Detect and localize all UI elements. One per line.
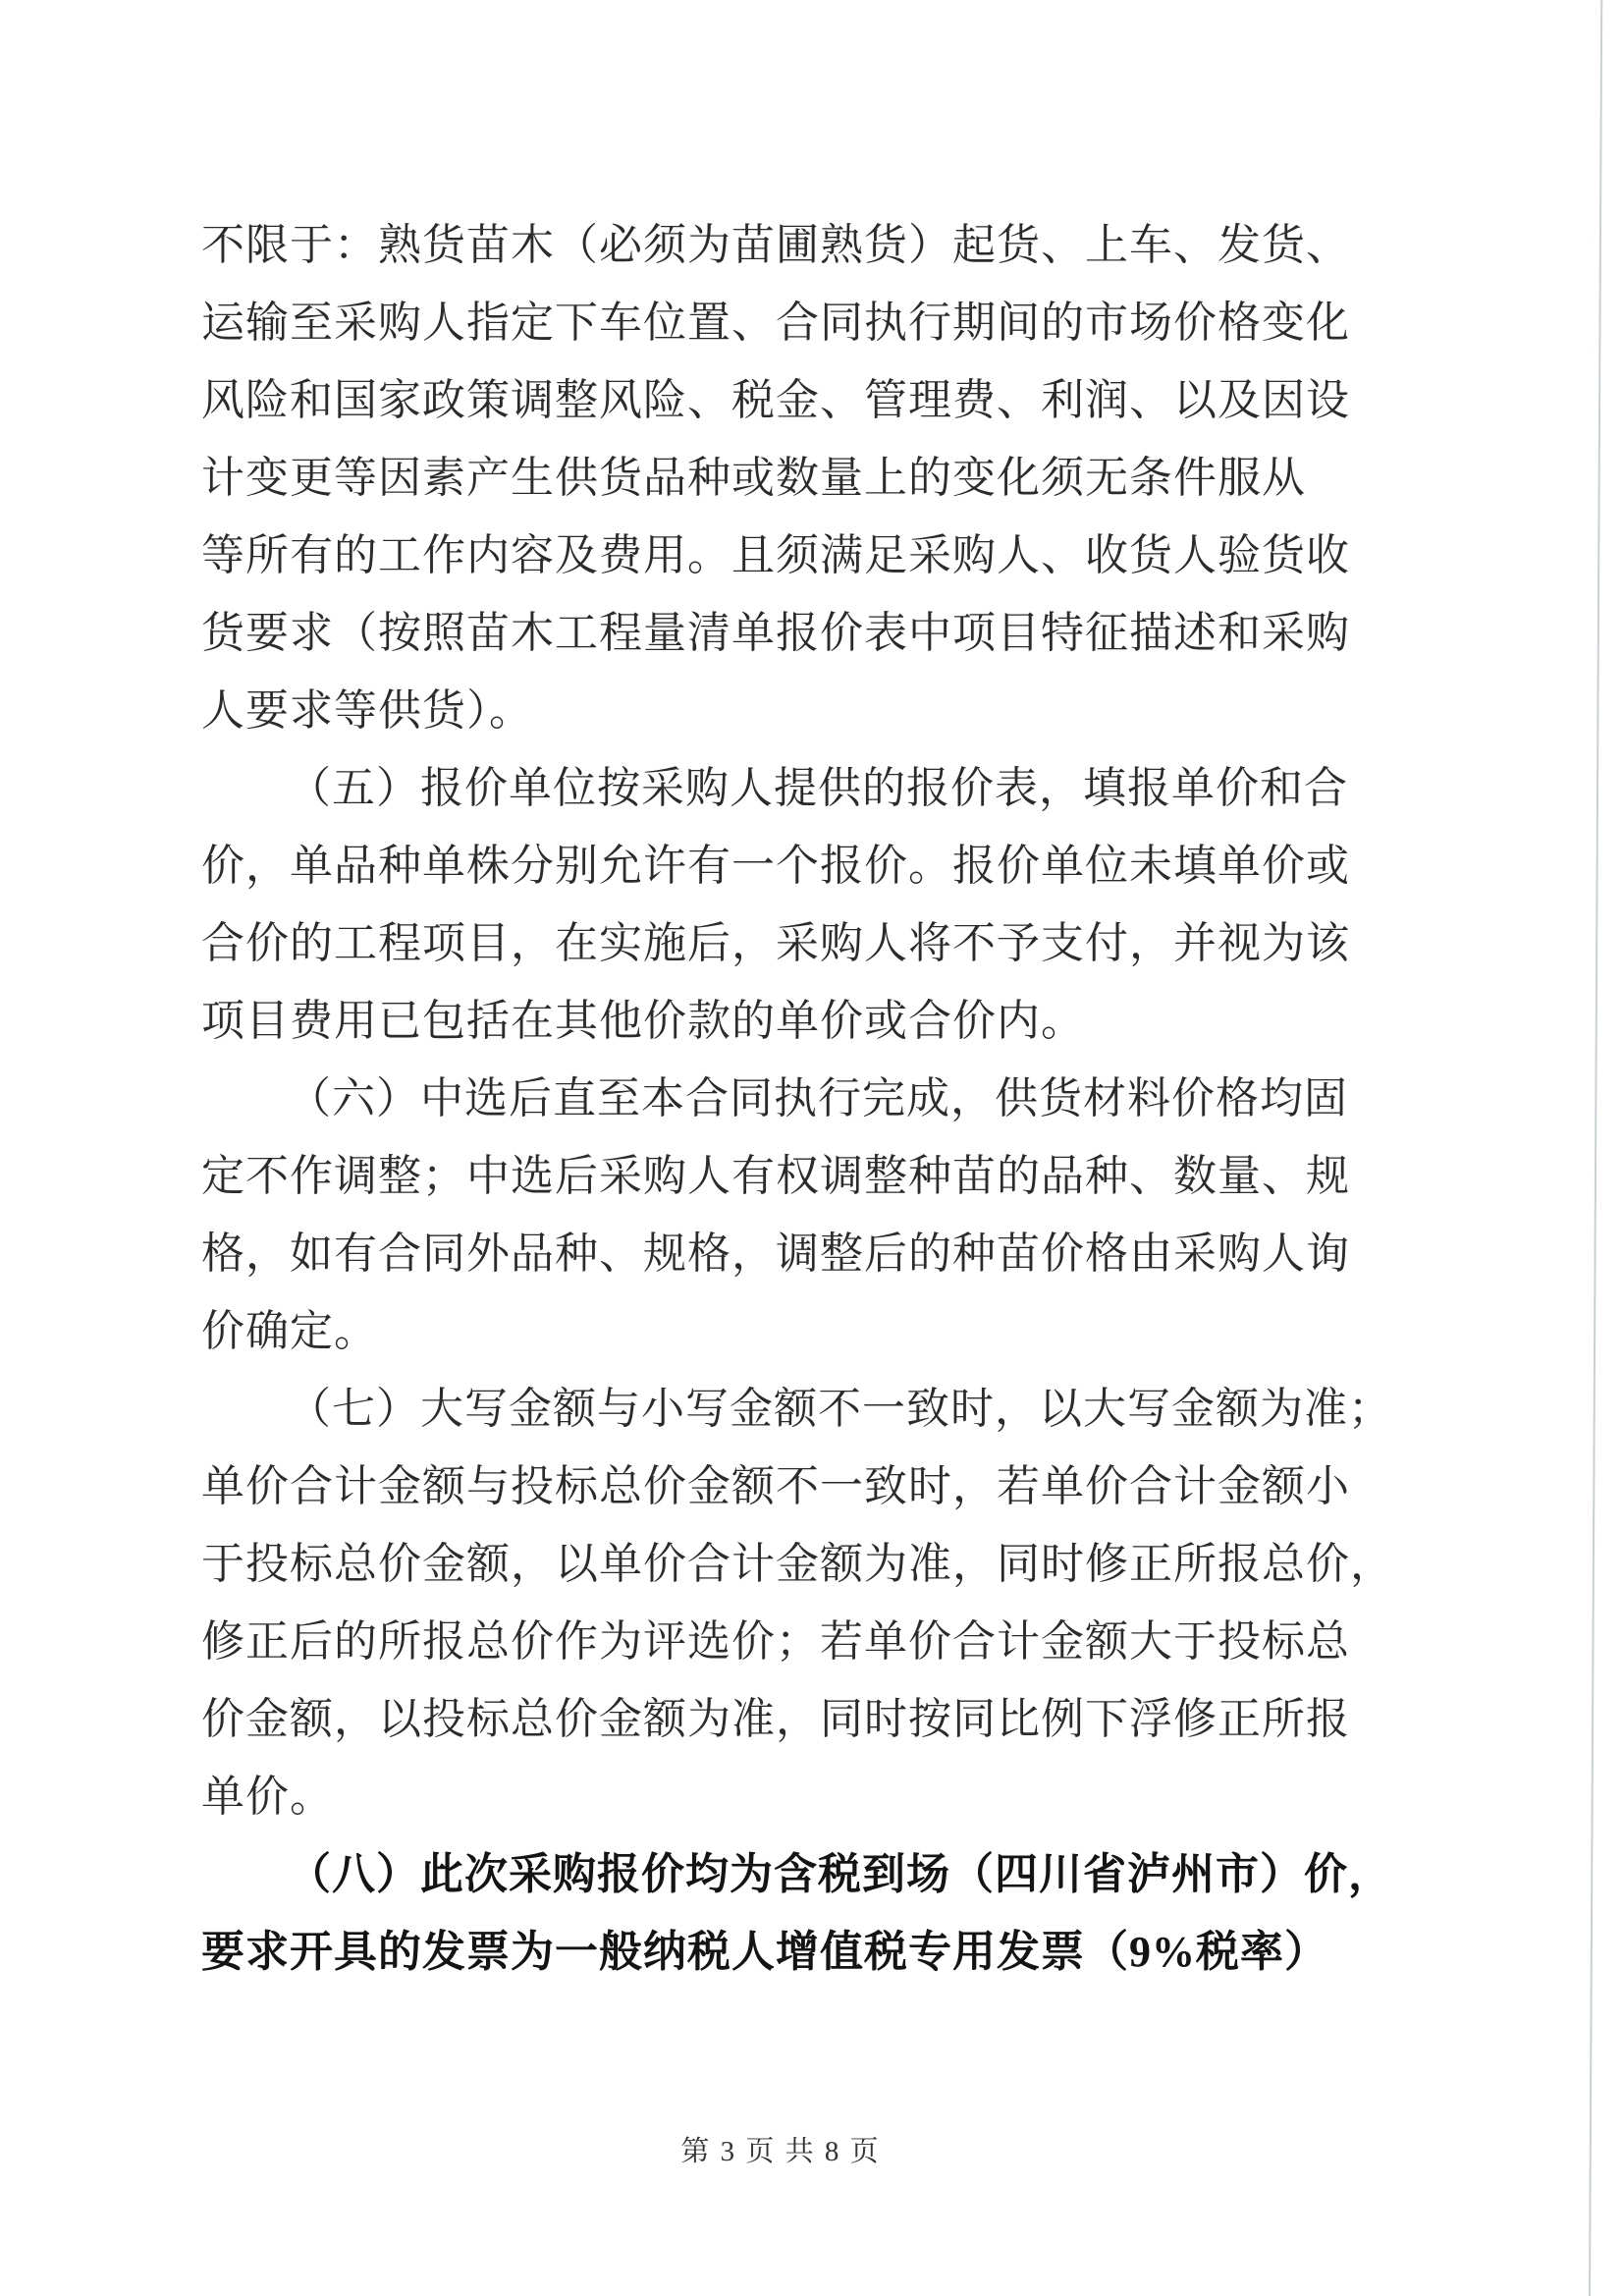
text-line: 格，如有合同外品种、规格，调整后的种苗价格由采购人询 [201, 1215, 1360, 1292]
text-line: （八）此次采购报价均为含税到场（四川省泸州市）价， [201, 1835, 1360, 1913]
text-line: 计变更等因素产生供货品种或数量上的变化须无条件服从 [201, 439, 1360, 517]
text-line: 单价合计金额与投标总价金额不一致时，若单价合计金额小 [201, 1448, 1360, 1525]
text-line: 项目费用已包括在其他价款的单价或合价内。 [201, 982, 1360, 1060]
document-body: 不限于：熟货苗木（必须为苗圃熟货）起货、上车、发货、 运输至采购人指定下车位置、… [201, 206, 1360, 1991]
text-line: （五）报价单位按采购人提供的报价表，填报单价和合 [201, 749, 1360, 827]
page-number: 第 3 页 共 8 页 [201, 2129, 1360, 2174]
text-line: 价，单品种单株分别允许有一个报价。报价单位未填单价或 [201, 827, 1360, 904]
text-line: 人要求等供货）。 [201, 672, 1360, 749]
scan-artifact-line [1589, 0, 1602, 2296]
text-line: 定不作调整；中选后采购人有权调整种苗的品种、数量、规 [201, 1137, 1360, 1215]
text-line: 修正后的所报总价作为评选价；若单价合计金额大于投标总 [201, 1603, 1360, 1680]
text-line: （六）中选后直至本合同执行完成，供货材料价格均固 [201, 1060, 1360, 1137]
text-line: 运输至采购人指定下车位置、合同执行期间的市场价格变化 [201, 284, 1360, 361]
text-line: 单价。 [201, 1758, 1360, 1835]
text-line: 不限于：熟货苗木（必须为苗圃熟货）起货、上车、发货、 [201, 206, 1360, 284]
text-line: 货要求（按照苗木工程量清单报价表中项目特征描述和采购 [201, 594, 1360, 672]
document-page: 不限于：熟货苗木（必须为苗圃熟货）起货、上车、发货、 运输至采购人指定下车位置、… [0, 0, 1623, 2296]
text-line: （七）大写金额与小写金额不一致时，以大写金额为准； [201, 1370, 1360, 1448]
text-line: 于投标总价金额，以单价合计金额为准，同时修正所报总价， [201, 1525, 1360, 1603]
text-line: 价确定。 [201, 1292, 1360, 1370]
text-line: 等所有的工作内容及费用。且须满足采购人、收货人验货收 [201, 517, 1360, 594]
text-line: 风险和国家政策调整风险、税金、管理费、利润、以及因设 [201, 361, 1360, 439]
text-line: 合价的工程项目，在实施后，采购人将不予支付，并视为该 [201, 904, 1360, 982]
text-line: 要求开具的发票为一般纳税人增值税专用发票（9%税率） [201, 1913, 1360, 1991]
text-line: 价金额，以投标总价金额为准，同时按同比例下浮修正所报 [201, 1680, 1360, 1758]
